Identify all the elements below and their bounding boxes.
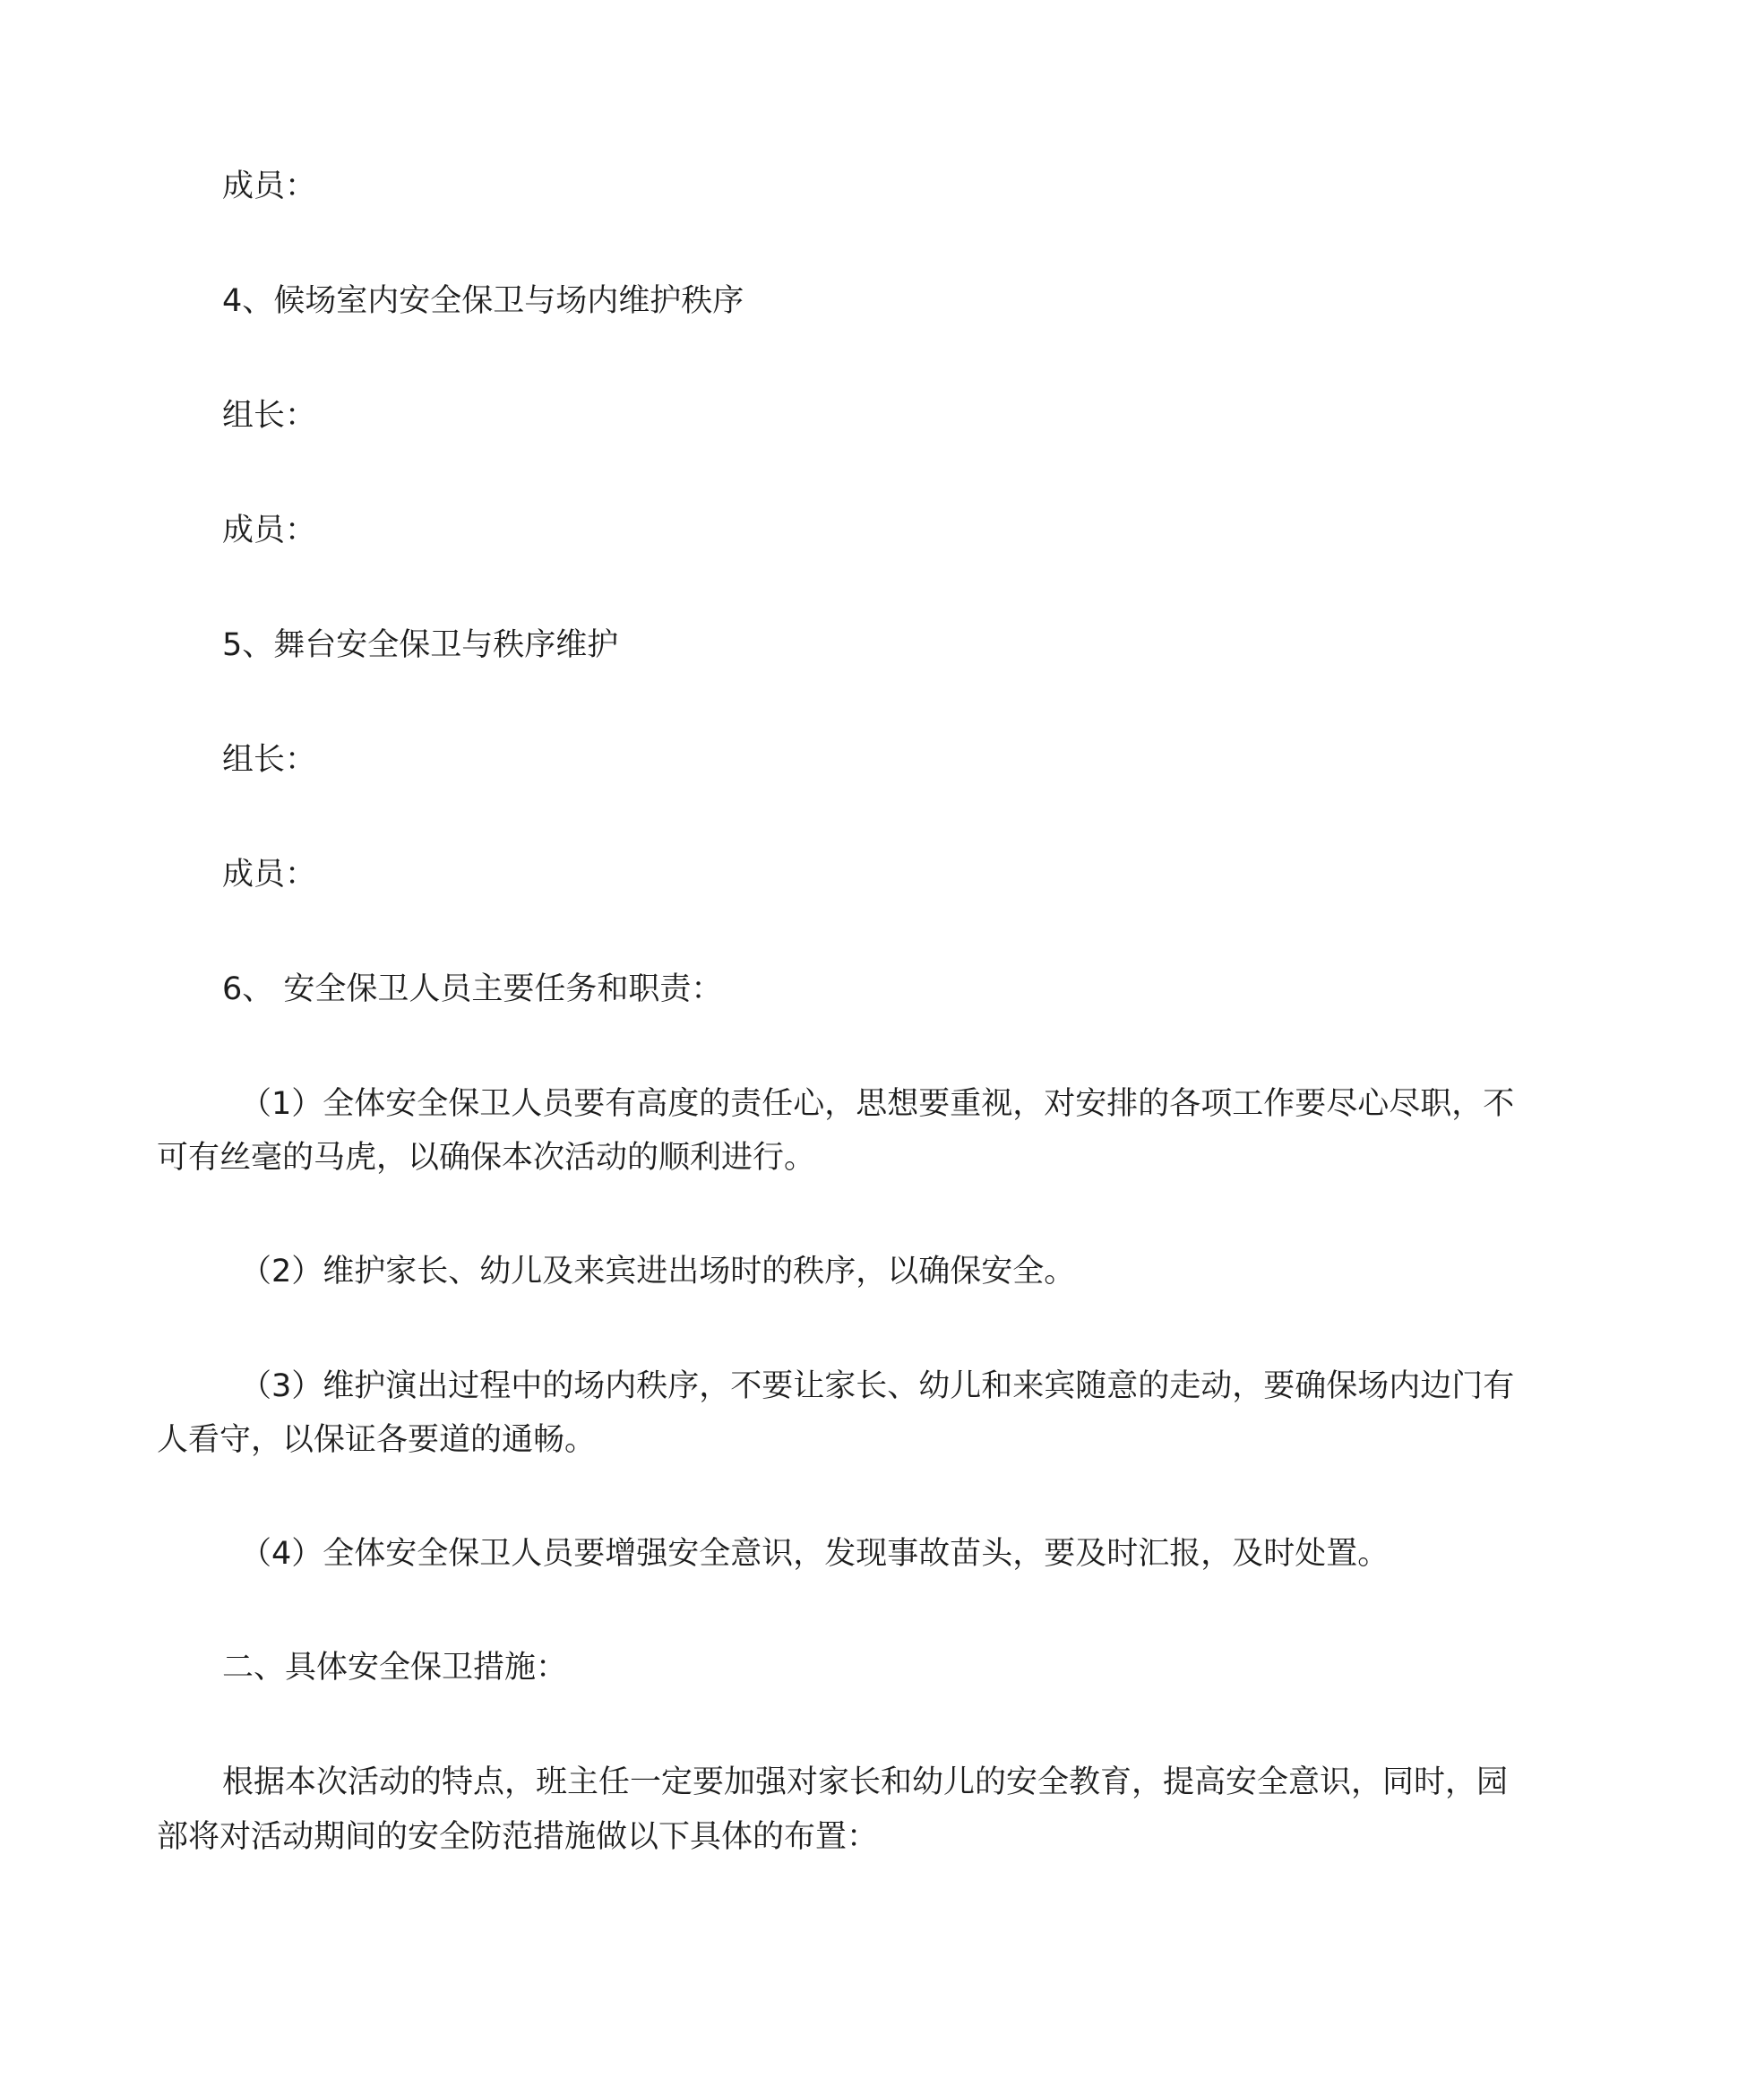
section-6-heading: 6、 安全保卫人员主要任务和职责： [222, 970, 722, 1009]
leader-label: 组长： [222, 396, 316, 436]
duty-1-line-1: （1）全体安全保卫人员要有高度的责任心，思想要重视，对安排的各项工作要尽心尽职，… [240, 1084, 1514, 1124]
duty-2-line-1: （2）维护家长、幼儿及来宾进出场时的秩序，以确保安全。 [240, 1252, 1075, 1291]
section-4-heading: 4、候场室内安全保卫与场内维护秩序 [222, 281, 744, 321]
members-label: 成员： [222, 511, 316, 550]
members-label: 成员： [222, 855, 316, 894]
members-label: 成员： [222, 167, 316, 206]
document-page: 成员： 4、候场室内安全保卫与场内维护秩序 组长： 成员： 5、舞台安全保卫与秩… [0, 0, 1764, 2096]
duty-3-line-2: 人看守，以保证各要道的通畅。 [157, 1420, 596, 1460]
part-2-paragraph-line-2: 部将对活动期间的安全防范措施做以下具体的布置： [157, 1817, 878, 1857]
duty-4-line-1: （4）全体安全保卫人员要增强安全意识，发现事故苗头，要及时汇报，及时处置。 [240, 1534, 1389, 1574]
duty-3-line-1: （3）维护演出过程中的场内秩序，不要让家长、幼儿和来宾随意的走动，要确保场内边门… [240, 1367, 1514, 1406]
section-5-heading: 5、舞台安全保卫与秩序维护 [222, 625, 618, 665]
duty-1-line-2: 可有丝毫的马虎，以确保本次活动的顺利进行。 [157, 1138, 815, 1177]
leader-label: 组长： [222, 740, 316, 780]
part-2-heading: 二、具体安全保卫措施： [222, 1648, 567, 1687]
part-2-paragraph-line-1: 根据本次活动的特点，班主任一定要加强对家长和幼儿的安全教育，提高安全意识，同时，… [222, 1763, 1508, 1802]
